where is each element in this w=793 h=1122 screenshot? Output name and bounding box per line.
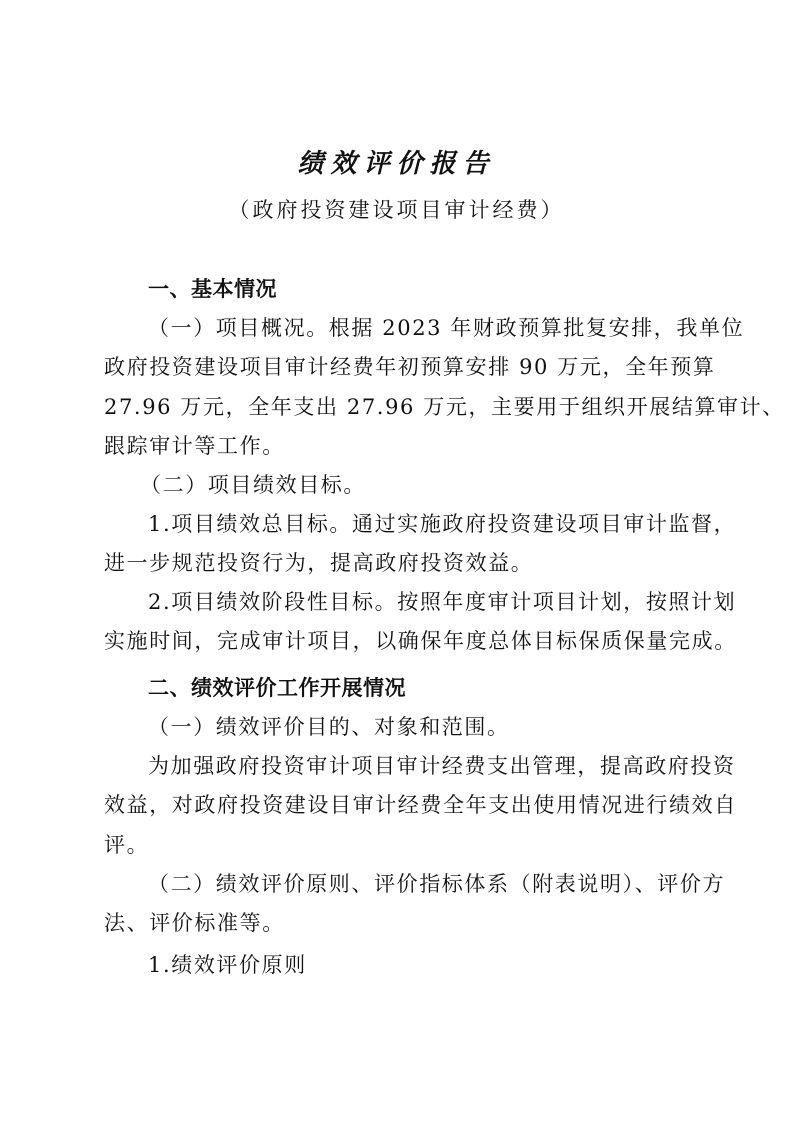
section-heading-evaluation-work: 二、绩效评价工作开展情况 — [148, 674, 406, 702]
paragraph-line: 为加强政府投资审计项目审计经费支出管理，提高政府投资 — [148, 752, 692, 780]
paragraph-line: 跟踪审计等工作。 — [104, 432, 692, 460]
paragraph-line: 法、评价标准等。 — [104, 909, 692, 937]
paragraph-line: 1.项目绩效总目标。通过实施政府投资建设项目审计监督， — [148, 510, 692, 538]
paragraph-line: 27.96 万元，全年支出 27.96 万元，主要用于组织开展结算审计、 — [104, 393, 692, 421]
paragraph-line: 2.项目绩效阶段性目标。按照年度审计项目计划，按照计划 — [148, 588, 692, 616]
paragraph-line: 效益，对政府投资建设目审计经费全年支出使用情况进行绩效自 — [104, 791, 692, 819]
document-subtitle: （政府投资建设项目审计经费） — [0, 196, 793, 224]
paragraph-line: （二）绩效评价原则、评价指标体系（附表说明）、评价方 — [148, 870, 692, 898]
subheading-line: （一）绩效评价目的、对象和范围。 — [148, 713, 736, 741]
paragraph-line: 政府投资建设项目审计经费年初预算安排 90 万元，全年预算 — [104, 353, 692, 381]
paragraph-line: 进一步规范投资行为，提高政府投资效益。 — [104, 549, 692, 577]
subheading-line: 1.绩效评价原则 — [148, 951, 736, 979]
document-title: 绩效评价报告 — [0, 147, 793, 181]
document-page: 绩效评价报告 （政府投资建设项目审计经费） 一、基本情况 （一）项目概况。根据 … — [0, 0, 793, 1122]
paragraph-line: 实施时间，完成审计项目，以确保年度总体目标保质保量完成。 — [104, 627, 692, 655]
section-heading-basic-info: 一、基本情况 — [148, 275, 277, 303]
paragraph-line: 评。 — [104, 831, 692, 859]
paragraph-line: （一）项目概况。根据 2023 年财政预算批复安排，我单位 — [148, 314, 692, 342]
subheading-line: （二）项目绩效目标。 — [140, 471, 728, 499]
